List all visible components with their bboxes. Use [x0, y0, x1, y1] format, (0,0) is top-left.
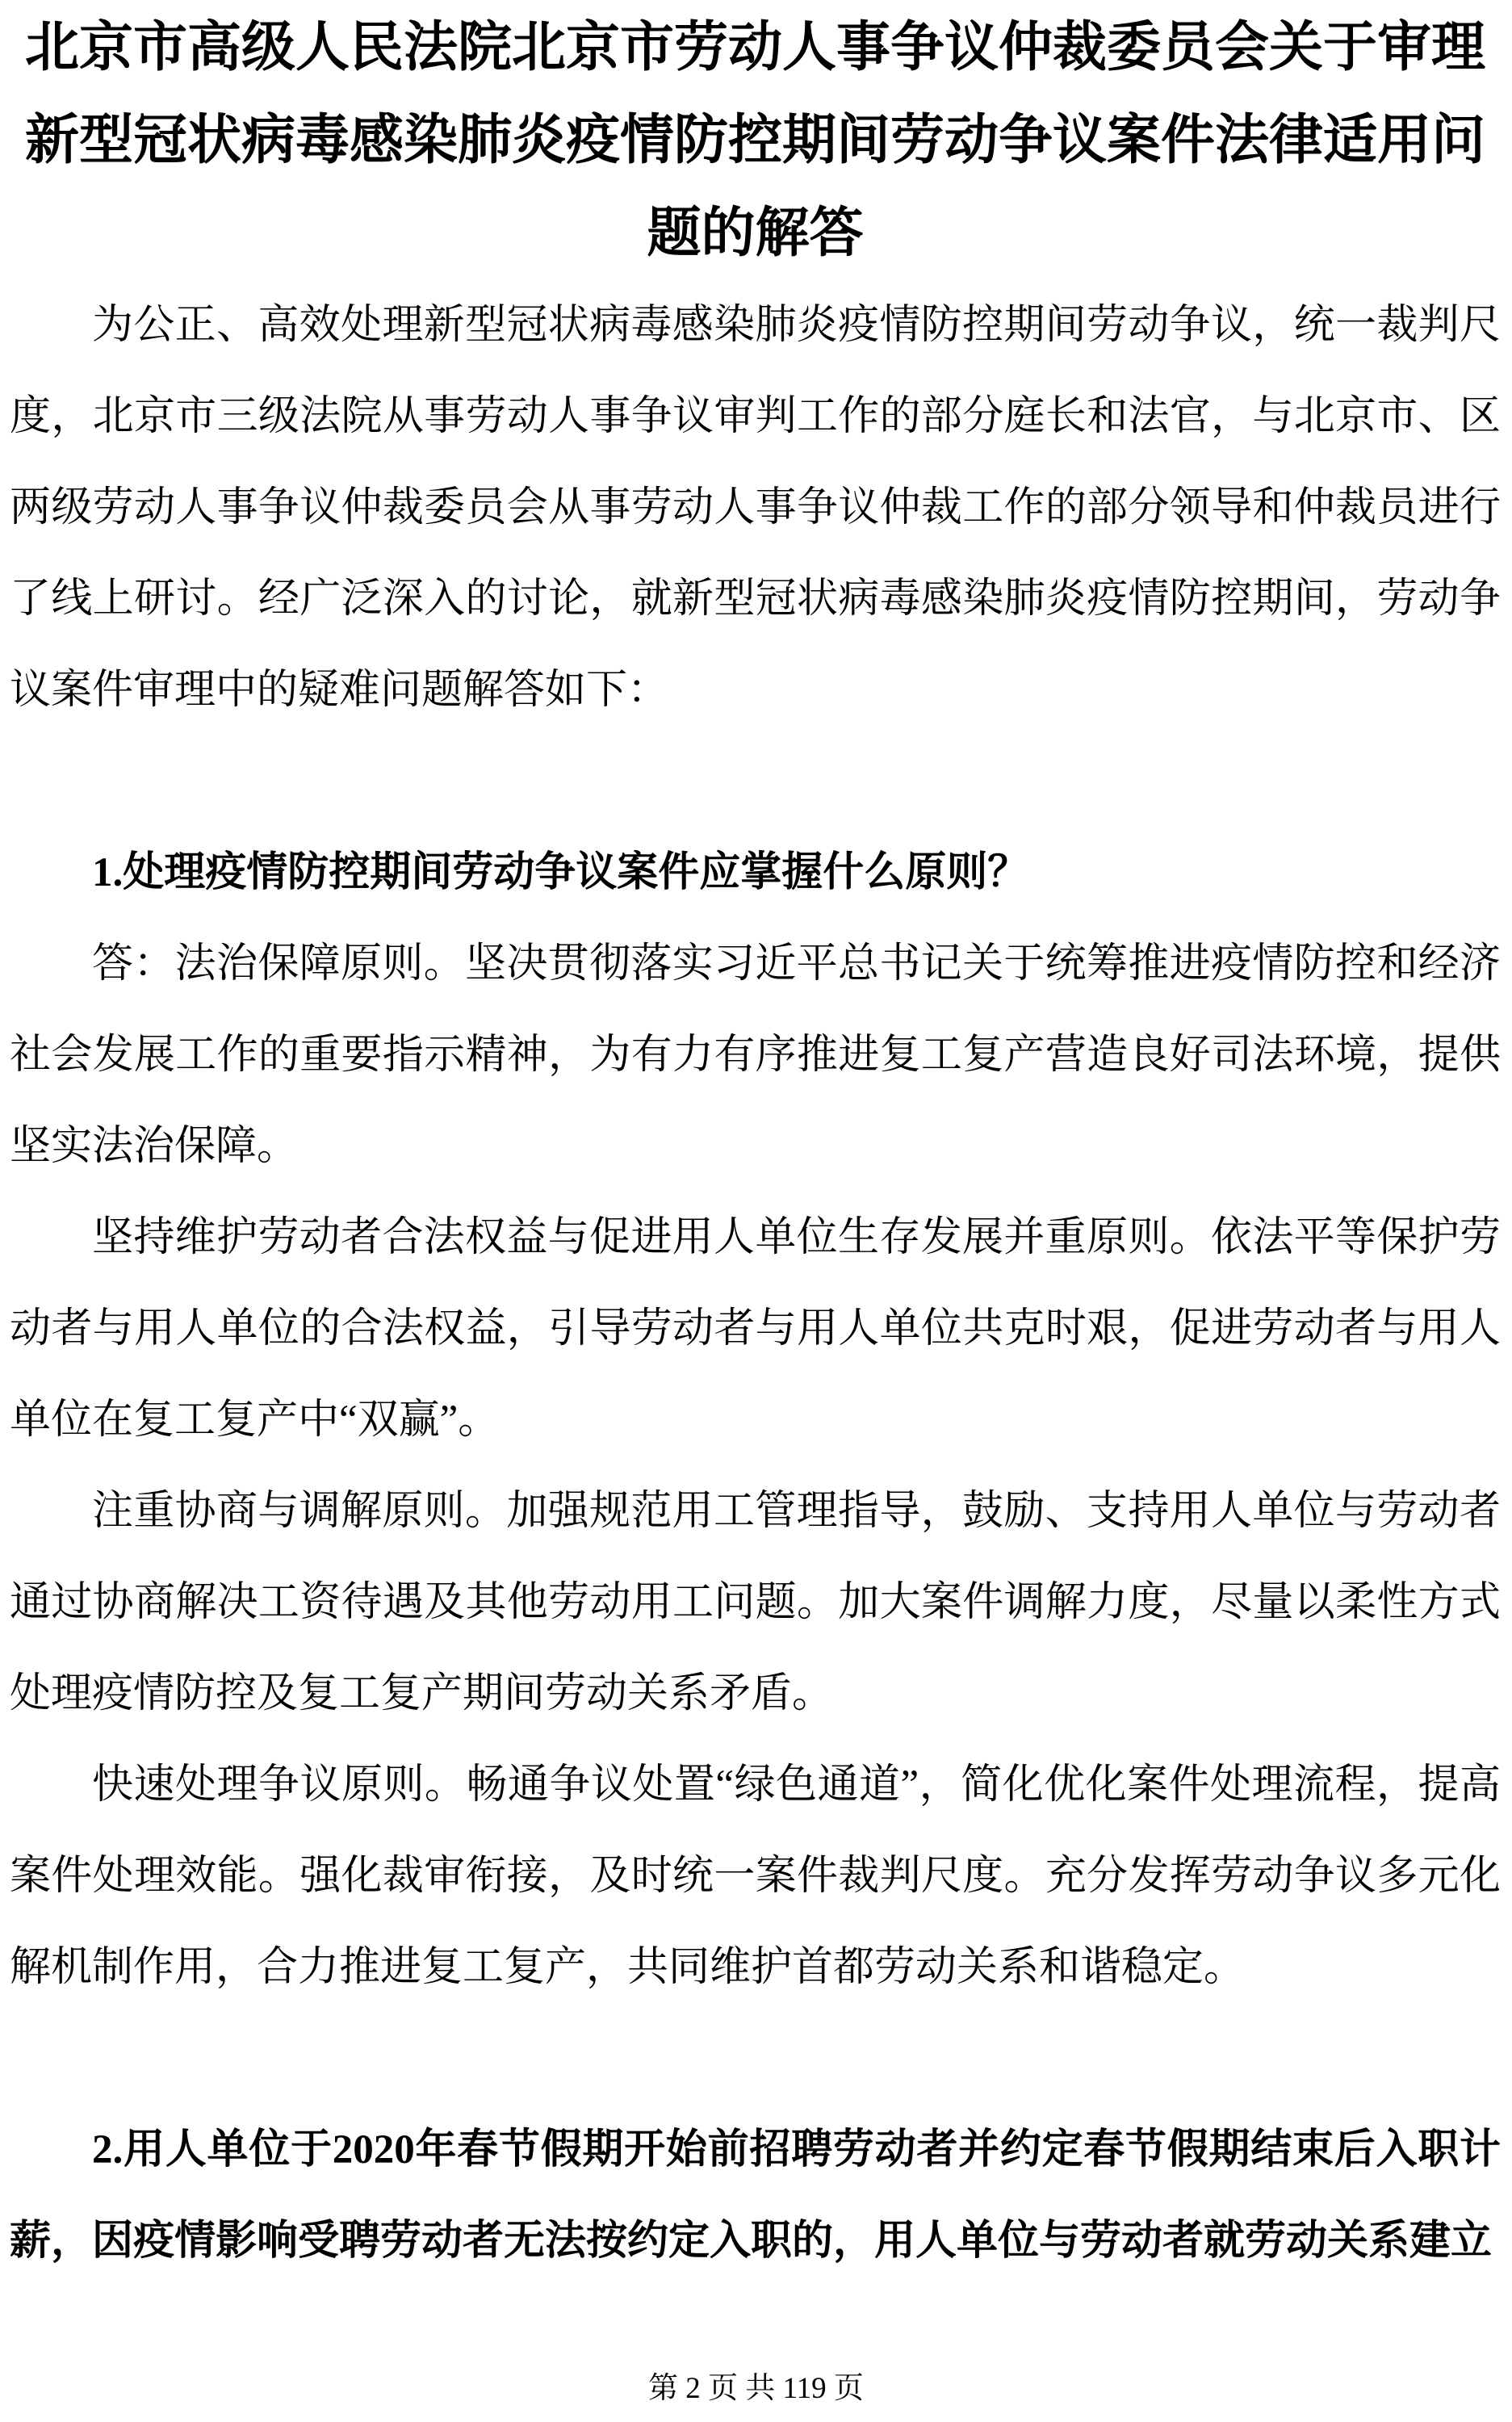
question-2-heading: 2.用人单位于2020年春节假期开始前招聘劳动者并约定春节假期结束后入职计薪，因…	[10, 2105, 1501, 2287]
answer-1-paragraph-2: 坚持维护劳动者合法权益与促进用人单位生存发展并重原则。依法平等保护劳动者与用人单…	[10, 1192, 1501, 1466]
answer-1-paragraph-1: 答：法治保障原则。坚决贯彻落实习近平总书记关于统筹推进疫情防控和经济社会发展工作…	[10, 919, 1501, 1192]
answer-1-paragraph-4: 快速处理争议原则。畅通争议处置“绿色通道”，简化优化案件处理流程，提高案件处理效…	[10, 1740, 1501, 2013]
intro-paragraph: 为公正、高效处理新型冠状病毒感染肺炎疫情防控期间劳动争议，统一裁判尺度，北京市三…	[10, 280, 1501, 736]
answer-1-paragraph-3: 注重协商与调解原则。加强规范用工管理指导，鼓励、支持用人单位与劳动者通过协商解决…	[10, 1466, 1501, 1740]
page-number-footer: 第 2 页 共 119 页	[0, 2372, 1512, 2406]
document-title: 北京市高级人民法院北京市劳动人事争议仲裁委员会关于审理新型冠状病毒感染肺炎疫情防…	[10, 2, 1501, 280]
question-1-heading: 1.处理疫情防控期间劳动争议案件应掌握什么原则？	[10, 828, 1501, 919]
document-page: 北京市高级人民法院北京市劳动人事争议仲裁委员会关于审理新型冠状病毒感染肺炎疫情防…	[0, 0, 1512, 2422]
